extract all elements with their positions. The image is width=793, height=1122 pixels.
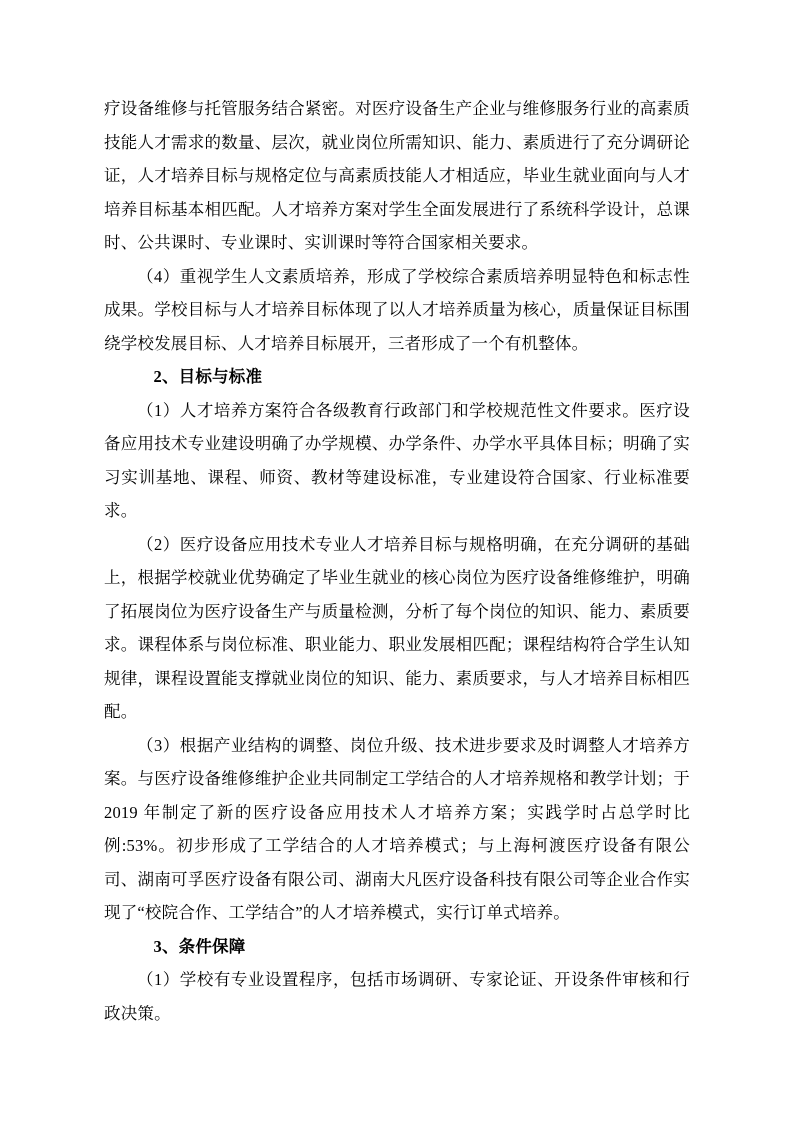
body-paragraph-item-2: （2）医疗设备应用技术专业人才培养目标与规格明确，在充分调研的基础上，根据学校就…: [104, 528, 690, 729]
body-paragraph-item-4: （4）重视学生人文素质培养，形成了学校综合素质培养明显特色和标志性成果。学校目标…: [104, 260, 690, 361]
document-page: 疗设备维修与托管服务结合紧密。对医疗设备生产企业与维修服务行业的高素质技能人才需…: [0, 0, 793, 1122]
body-paragraph-item-3: （3）根据产业结构的调整、岗位升级、技术进步要求及时调整人才培养方案。与医疗设备…: [104, 729, 690, 930]
document-content: 疗设备维修与托管服务结合紧密。对医疗设备生产企业与维修服务行业的高素质技能人才需…: [104, 92, 690, 1030]
body-paragraph-item-1: （1）人才培养方案符合各级教育行政部门和学校规范性文件要求。医疗设备应用技术专业…: [104, 394, 690, 528]
section-heading-condition-guarantee: 3、条件保障: [104, 930, 690, 964]
body-paragraph-item-1b: （1）学校有专业设置程序，包括市场调研、专家论证、开设条件审核和行政决策。: [104, 963, 690, 1030]
section-heading-goals-standards: 2、目标与标准: [104, 360, 690, 394]
body-paragraph-continuation: 疗设备维修与托管服务结合紧密。对医疗设备生产企业与维修服务行业的高素质技能人才需…: [104, 92, 690, 260]
